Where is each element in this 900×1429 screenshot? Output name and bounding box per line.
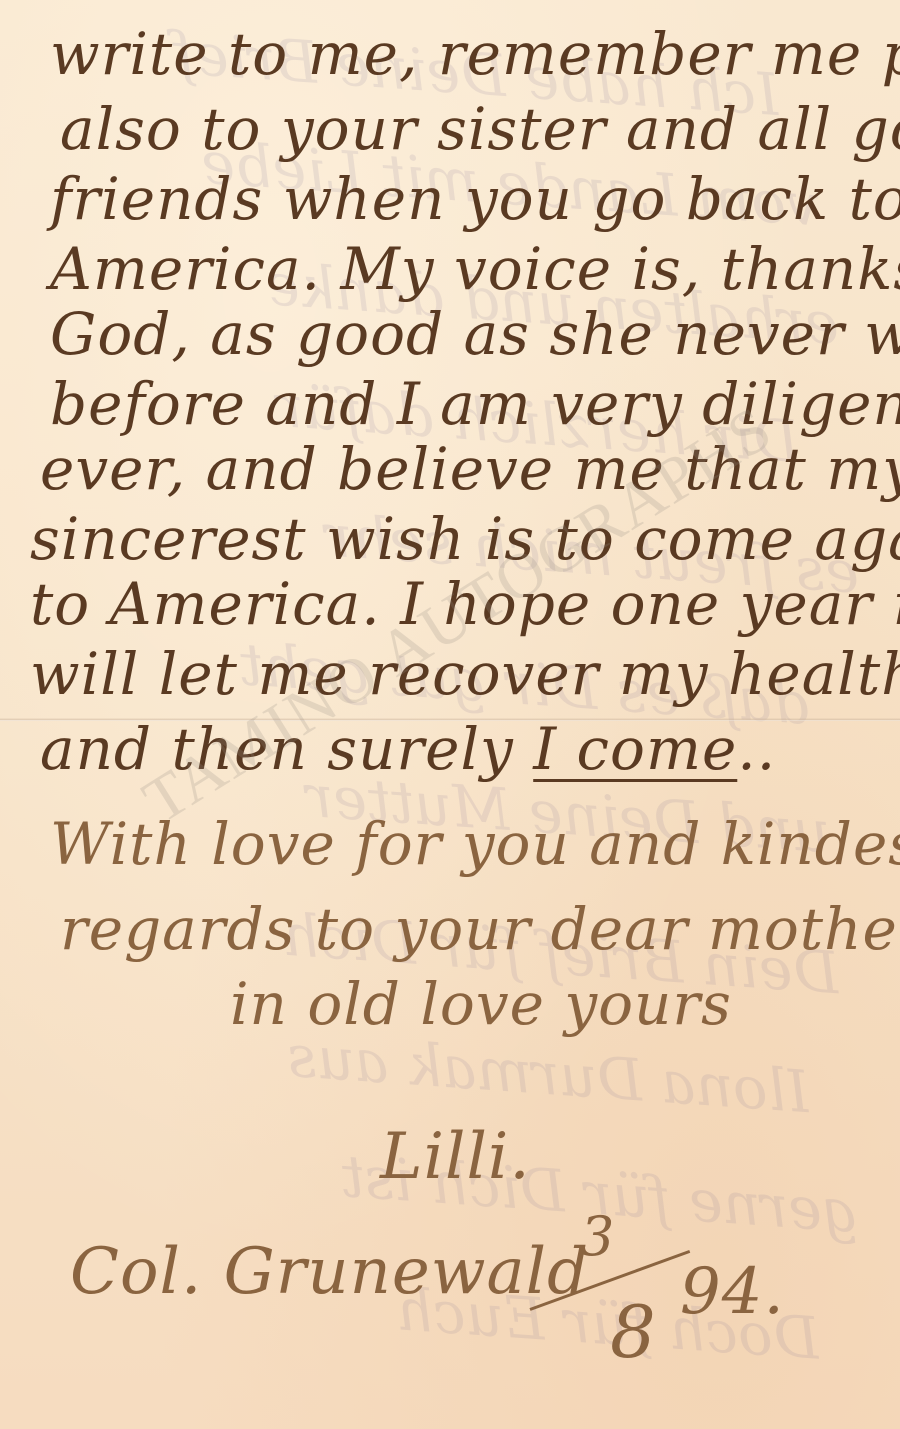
- emphasized-i-come: I come: [533, 715, 737, 783]
- place-line: Col. Grunewald: [70, 1235, 589, 1309]
- letter-line-6: before and I am very diligent as: [50, 370, 900, 438]
- letter-line-3: friends when you go back to: [50, 165, 900, 233]
- letter-line-4: America. My voice is, thanks: [50, 235, 900, 303]
- letter-page: Ich habe Deine Brief vom Lande mit Liebe…: [0, 0, 900, 1429]
- closing-line-3: in old love yours: [230, 970, 732, 1038]
- letter-line-1: write to me, remember me please: [50, 20, 900, 88]
- date-year: 94.: [680, 1255, 785, 1329]
- date-day: 3: [580, 1205, 615, 1268]
- letter-line-8: sincerest wish is to come again: [30, 505, 900, 573]
- signature: Lilli.: [380, 1120, 531, 1194]
- date-month: 8: [610, 1290, 657, 1374]
- closing-line-2: regards to your dear mother: [60, 895, 900, 963]
- letter-line-5: God, as good as she never was: [50, 300, 900, 368]
- letter-line-2: also to your sister and all good: [60, 95, 900, 163]
